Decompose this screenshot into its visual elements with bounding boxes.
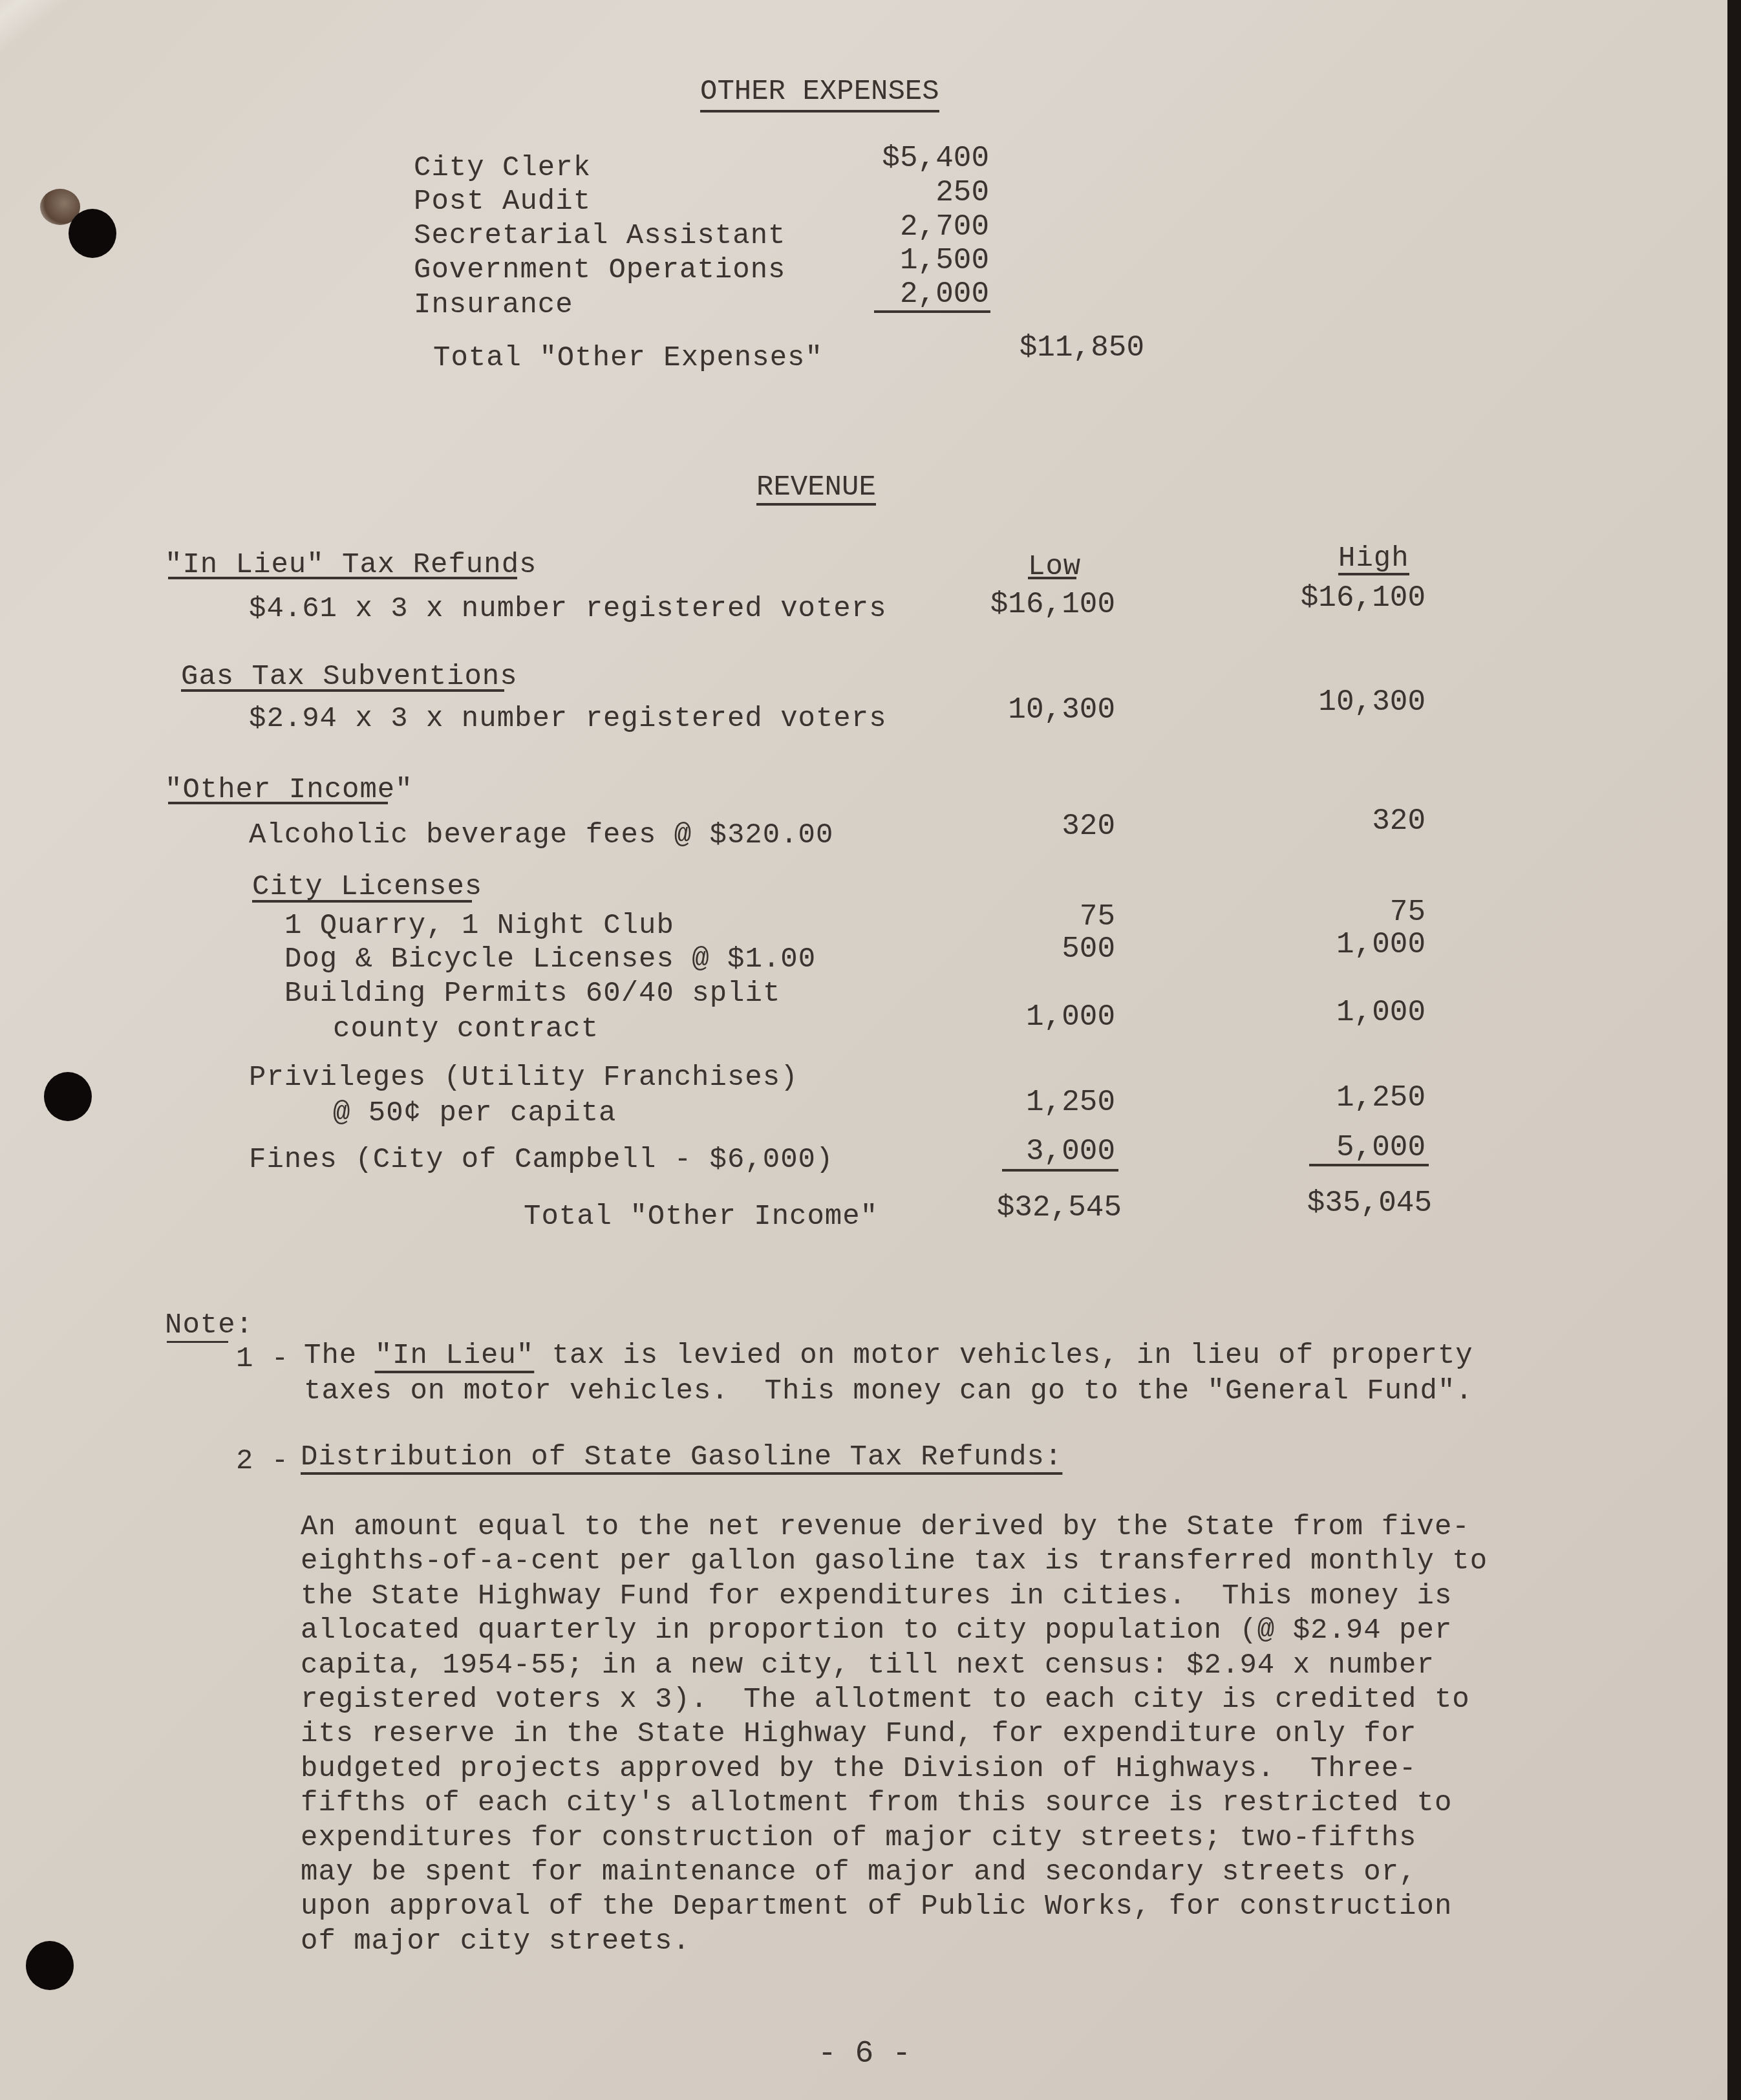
paragraph-line: the State Highway Fund for expenditures …	[301, 1582, 1452, 1611]
total-other-income-label: Total "Other Income"	[524, 1203, 878, 1231]
punch-hole-bottom	[26, 1941, 74, 1990]
paragraph-line: allocated quarterly in proportion to cit…	[301, 1616, 1452, 1645]
dog-bicycle-label: Dog & Bicycle Licenses @ $1.00	[284, 945, 816, 974]
header-underline	[1338, 573, 1409, 575]
document-page: OTHER EXPENSES City Clerk $5,400 Post Au…	[0, 0, 1727, 2100]
paragraph-line: upon approval of the Department of Publi…	[301, 1892, 1452, 1921]
punch-hole-top	[69, 209, 116, 258]
paragraph-line: may be spent for maintenance of major an…	[301, 1858, 1416, 1887]
paragraph-line: of major city streets.	[301, 1927, 690, 1956]
expense-amount: 2,000	[860, 279, 989, 309]
alcoholic-label: Alcoholic beverage fees @ $320.00	[249, 821, 833, 850]
building-low: 1,000	[970, 1002, 1115, 1032]
notes-heading: Note:	[165, 1311, 253, 1340]
in-lieu-heading: "In Lieu" Tax Refunds	[165, 551, 537, 579]
paragraph-line: An amount equal to the net revenue deriv…	[301, 1513, 1470, 1541]
paragraph-line: its reserve in the State Highway Fund, f…	[301, 1720, 1416, 1748]
dog-bicycle-high: 1,000	[1280, 930, 1426, 959]
other-expenses-title: OTHER EXPENSES	[700, 78, 939, 106]
alcoholic-high: 320	[1280, 806, 1426, 836]
quarry-label: 1 Quarry, 1 Night Club	[284, 912, 674, 940]
paragraph-line: expenditures for construction of major c…	[301, 1824, 1416, 1852]
fines-high: 5,000	[1280, 1133, 1426, 1162]
gas-tax-high: 10,300	[1280, 687, 1426, 717]
note-1-number: 1 -	[236, 1345, 289, 1373]
other-income-heading: "Other Income"	[165, 776, 413, 804]
note-1-underlined-term: "In Lieu"	[375, 1340, 535, 1372]
privileges-low: 1,250	[970, 1087, 1115, 1117]
paragraph-line: budgeted projects approved by the Divisi…	[301, 1755, 1416, 1783]
note-1-text: tax is levied on motor vehicles, in lieu…	[534, 1340, 1473, 1372]
in-lieu-high: $16,100	[1280, 583, 1426, 613]
total-other-income-low: $32,545	[970, 1193, 1122, 1223]
expense-label: Post Audit	[414, 187, 591, 216]
alcoholic-low: 320	[970, 811, 1115, 841]
privileges-label-1: Privileges (Utility Franchises)	[249, 1064, 798, 1092]
expense-amount: $5,400	[860, 144, 989, 173]
gas-tax-heading: Gas Tax Subventions	[181, 663, 518, 691]
paragraph-line: registered voters x 3). The allotment to…	[301, 1686, 1470, 1714]
paper-crease	[0, 0, 412, 91]
note-1-line-1: The "In Lieu" tax is levied on motor veh…	[304, 1342, 1473, 1370]
building-high: 1,000	[1280, 998, 1426, 1027]
note-2-number: 2 -	[236, 1447, 289, 1475]
subtotal-rule	[1002, 1169, 1118, 1172]
dog-bicycle-low: 500	[970, 934, 1115, 964]
building-label-1: Building Permits 60/40 split	[284, 980, 780, 1008]
in-lieu-low: $16,100	[970, 590, 1115, 619]
fines-low: 3,000	[970, 1137, 1115, 1166]
page-number: - 6 -	[818, 2037, 911, 2072]
header-underline	[1028, 577, 1076, 579]
fines-label: Fines (City of Campbell - $6,000)	[249, 1146, 833, 1174]
note-1-text: The	[304, 1340, 375, 1372]
title-underline	[756, 503, 876, 506]
notes-underline	[167, 1341, 228, 1343]
privileges-label-2: @ 50¢ per capita	[333, 1099, 616, 1128]
note-2-heading: Distribution of State Gasoline Tax Refun…	[301, 1443, 1062, 1472]
privileges-high: 1,250	[1280, 1083, 1426, 1113]
quarry-low: 75	[970, 902, 1115, 932]
punch-hole-middle	[44, 1072, 92, 1121]
total-other-expenses-label: Total "Other Expenses"	[433, 344, 823, 372]
section-underline	[181, 689, 504, 692]
expense-amount: 2,700	[860, 212, 989, 242]
paragraph-line: fifths of each city's allotment from thi…	[301, 1789, 1452, 1817]
column-high-header: High	[1338, 544, 1409, 573]
expense-amount: 1,500	[860, 246, 989, 275]
expense-label: Government Operations	[414, 256, 786, 284]
quarry-high: 75	[1280, 897, 1426, 927]
subtotal-rule	[1309, 1164, 1429, 1166]
title-underline	[700, 110, 939, 112]
expense-label: Secretarial Assistant	[414, 222, 786, 250]
gas-tax-low: 10,300	[970, 695, 1115, 725]
in-lieu-formula: $4.61 x 3 x number registered voters	[249, 595, 887, 623]
total-other-expenses-amount: $11,850	[1009, 333, 1144, 363]
section-underline	[168, 802, 388, 804]
gas-tax-formula: $2.94 x 3 x number registered voters	[249, 705, 887, 733]
expense-label: City Clerk	[414, 154, 591, 182]
expense-label: Insurance	[414, 291, 573, 319]
note-1-line-2: taxes on motor vehicles. This money can …	[304, 1377, 1473, 1406]
total-other-income-high: $35,045	[1280, 1188, 1432, 1218]
city-licenses-heading: City Licenses	[252, 873, 482, 901]
expense-amount: 250	[860, 178, 989, 208]
section-underline	[168, 577, 517, 579]
subtotal-rule	[874, 310, 990, 313]
paragraph-line: eighths-of-a-cent per gallon gasoline ta…	[301, 1547, 1488, 1576]
revenue-title: REVENUE	[756, 473, 876, 502]
building-label-2: county contract	[333, 1015, 599, 1044]
paragraph-line: capita, 1954-55; in a new city, till nex…	[301, 1651, 1435, 1680]
section-underline	[252, 900, 472, 903]
